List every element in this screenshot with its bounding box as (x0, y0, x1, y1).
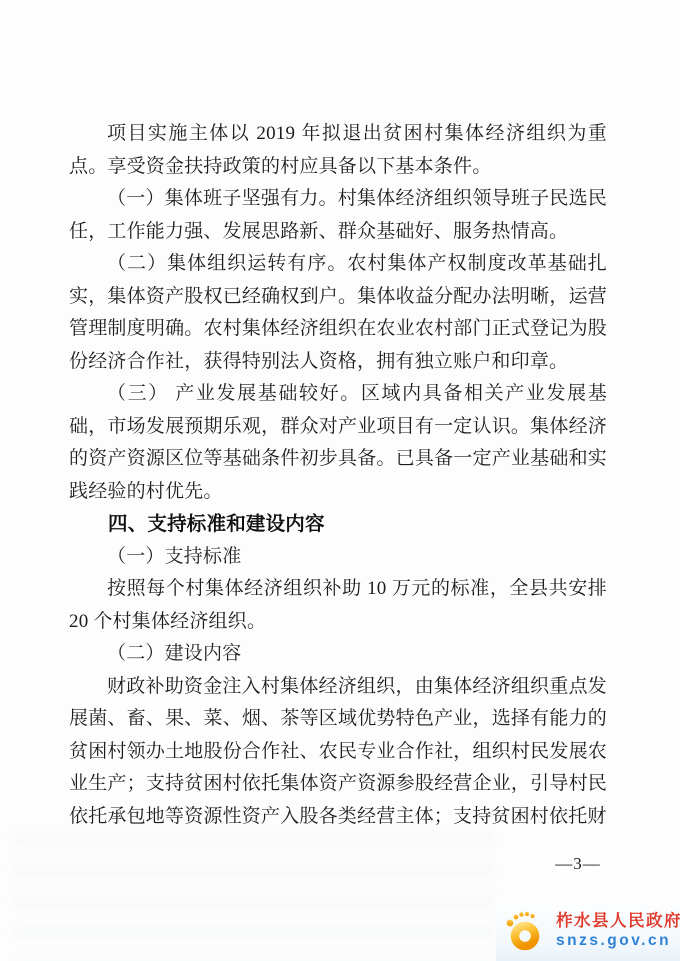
section-heading: （一）支持标准 (69, 541, 607, 574)
gov-logo-text: 柞水县人民政府 snzs.gov.cn (556, 912, 680, 950)
gov-logo-url: snzs.gov.cn (556, 932, 680, 950)
section-heading: （二）建设内容 (69, 638, 607, 671)
paragraph: 财政补助资金注入村集体经济组织，由集体经济组织重点发展菌、畜、果、菜、烟、茶等区… (69, 671, 607, 834)
paragraph: 项目实施主体以 2019 年拟退出贫困村集体经济组织为重点。享受资金扶持政策的村… (69, 118, 607, 183)
paragraph: （二）集体组织运转有序。农村集体产权制度改革基础扎实，集体资产股权已经确权到户。… (69, 248, 607, 378)
page-number: —3— (538, 854, 618, 874)
section-heading: 四、支持标准和建设内容 (69, 508, 607, 541)
paragraph: （三） 产业发展基础较好。区域内具备相关产业发展基础，市场发展预期乐观，群众对产… (69, 378, 607, 508)
document-page: 项目实施主体以 2019 年拟退出贫困村集体经济组织为重点。享受资金扶持政策的村… (0, 0, 680, 961)
paragraph: （一）集体班子坚强有力。村集体经济组织领导班子民选民任，工作能力强、发展思路新、… (69, 183, 607, 248)
gov-logo: 柞水县人民政府 snzs.gov.cn (496, 901, 680, 961)
paw-footprint-icon (503, 908, 547, 954)
paragraph: 按照每个村集体经济组织补助 10 万元的标准，全县共安排 20 个村集体经济组织… (69, 573, 607, 638)
gov-logo-name: 柞水县人民政府 (556, 912, 680, 931)
scan-bleedthrough (14, 833, 494, 961)
document-body: 项目实施主体以 2019 年拟退出贫困村集体经济组织为重点。享受资金扶持政策的村… (69, 118, 607, 833)
